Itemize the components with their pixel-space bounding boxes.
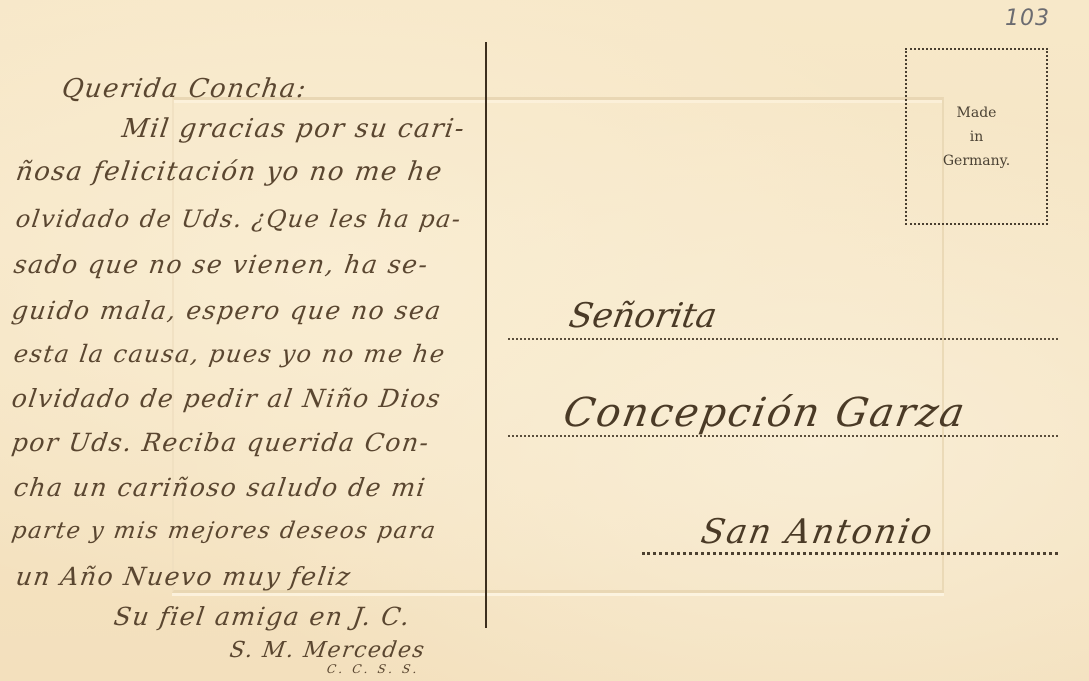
letter-line: sado que no se vienen, ha se- <box>12 250 431 279</box>
archive-number: 103 <box>1005 6 1050 31</box>
letter-line: esta la causa, pues yo no me he <box>12 340 448 368</box>
letter-line: cha un cariñoso saludo de mi <box>12 473 428 502</box>
address-line-2 <box>508 435 1058 437</box>
address-line-1 <box>508 338 1058 340</box>
stamp-box-line-in: in <box>970 129 984 145</box>
stamp-box-line-germany: Germany. <box>943 153 1010 169</box>
address-line-3 <box>642 552 1058 555</box>
center-divider <box>485 42 487 628</box>
letter-salutation: Querida Concha: <box>60 74 309 104</box>
letter-signature-initials: C. C. S. S. <box>326 662 421 676</box>
postcard-back: 103 Made in Germany. Querida Concha: Mil… <box>0 0 1089 681</box>
address-title: Señorita <box>566 296 720 336</box>
letter-line: parte y mis mejores deseos para <box>10 518 438 544</box>
letter-signature: S. M. Mercedes <box>228 638 427 663</box>
letter-line: por Uds. Reciba querida Con- <box>10 428 432 457</box>
stamp-box: Made in Germany. <box>905 48 1048 225</box>
address-city: San Antonio <box>698 512 937 552</box>
letter-closing: Su fiel amiga en J. C. <box>112 602 413 631</box>
address-name: Concepción Garza <box>560 390 970 436</box>
letter-line: guido mala, espero que no sea <box>10 296 444 325</box>
letter-line: olvidado de pedir al Niño Dios <box>10 384 443 413</box>
letter-line: un Año Nuevo muy feliz <box>14 562 353 591</box>
stamp-box-line-made: Made <box>957 105 997 121</box>
letter-line: olvidado de Uds. ¿Que les ha pa- <box>14 205 464 233</box>
letter-line: Mil gracias por su cari- <box>120 114 467 144</box>
letter-line: ñosa felicitación yo no me he <box>14 157 445 187</box>
